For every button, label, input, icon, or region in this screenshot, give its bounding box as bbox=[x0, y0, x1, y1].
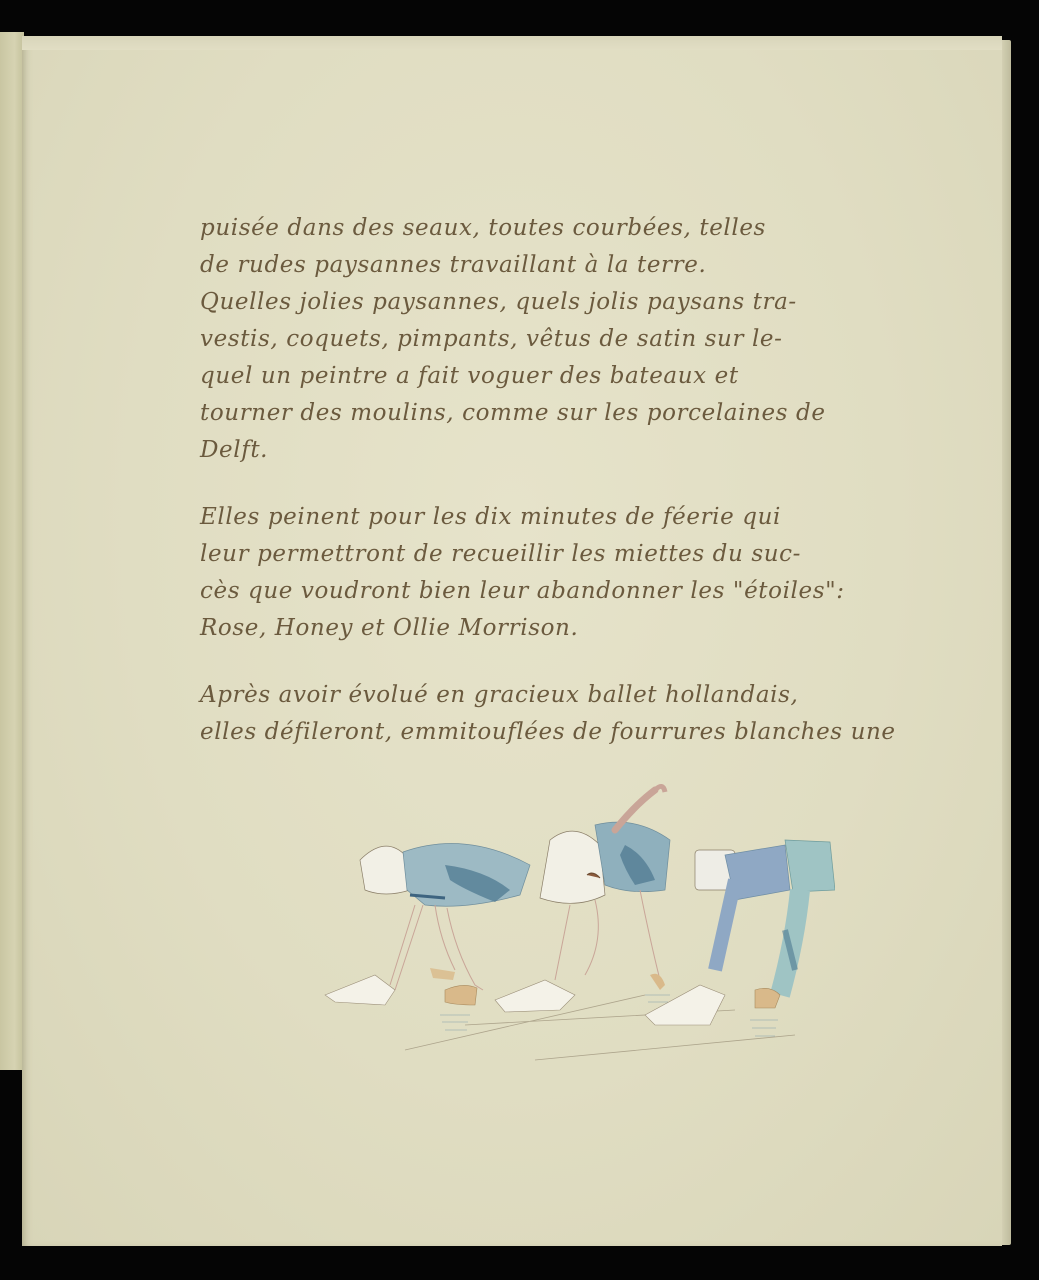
text-line: puisée dans des seaux, toutes courbées, … bbox=[200, 210, 840, 247]
handwritten-text: puisée dans des seaux, toutes courbées, … bbox=[200, 210, 840, 751]
watercolor-illustration bbox=[315, 780, 835, 1070]
paragraph-2: Elles peinent pour les dix minutes de fé… bbox=[200, 499, 840, 647]
text-line: cès que voudront bien leur abandonner le… bbox=[200, 573, 840, 610]
figure-girl-2 bbox=[495, 786, 670, 1012]
figure-boy bbox=[645, 840, 835, 1036]
text-line: tourner des moulins, comme sur les porce… bbox=[200, 395, 840, 432]
text-line: de rudes paysannes travaillant à la terr… bbox=[200, 247, 840, 284]
text-line: leur permettront de recueillir les miett… bbox=[200, 536, 840, 573]
text-line: quel un peintre a fait voguer des bateau… bbox=[200, 358, 840, 395]
text-line: elles défileront, emmitouflées de fourru… bbox=[200, 714, 840, 751]
left-page-edge bbox=[0, 32, 24, 1070]
text-line: vestis, coquets, pimpants, vêtus de sati… bbox=[200, 321, 840, 358]
text-line: Rose, Honey et Ollie Morrison. bbox=[200, 610, 840, 647]
dancers-illustration-icon bbox=[315, 780, 835, 1070]
paragraph-1: puisée dans des seaux, toutes courbées, … bbox=[200, 210, 840, 469]
page-top-edge bbox=[22, 36, 1002, 50]
text-line: Elles peinent pour les dix minutes de fé… bbox=[200, 499, 840, 536]
paragraph-3: Après avoir évolué en gracieux ballet ho… bbox=[200, 677, 840, 751]
text-line: Après avoir évolué en gracieux ballet ho… bbox=[200, 677, 840, 714]
text-line: Quelles jolies paysannes, quels jolis pa… bbox=[200, 284, 840, 321]
text-line: Delft. bbox=[200, 432, 840, 469]
